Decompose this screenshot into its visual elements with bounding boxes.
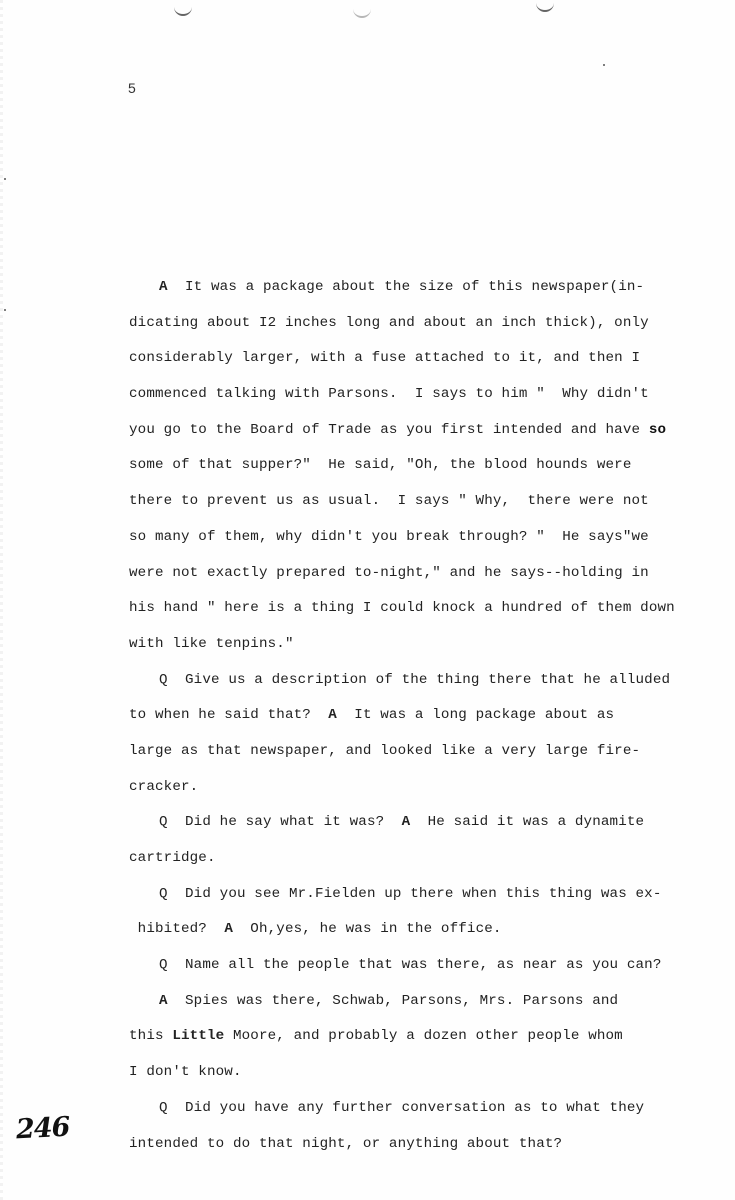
transcript-line: hibited? A Oh,yes, he was in the office. [129, 912, 729, 948]
line-text: Did you see Mr.Fielden up there when thi… [168, 886, 662, 902]
line-text: Did he say what it was? [168, 814, 402, 830]
scan-speck [4, 178, 6, 180]
line-text: I don't know. [129, 1064, 242, 1080]
transcript-line: Q Did he say what it was? A He said it w… [129, 805, 729, 841]
transcript-line: cracker. [129, 770, 729, 806]
line-text: Did you have any further conversation as… [168, 1100, 645, 1116]
document-page: 5 A It was a package about the size of t… [0, 0, 735, 1200]
transcript-line: I don't know. [129, 1055, 729, 1091]
scan-speck [4, 309, 6, 311]
line-text: intended to do that night, or anything a… [129, 1136, 562, 1152]
line-text: considerably larger, with a fuse attache… [129, 350, 640, 366]
transcript-line: Q Name all the people that was there, as… [129, 948, 729, 984]
line-text: with like tenpins." [129, 636, 294, 652]
speaker-label: A [159, 993, 168, 1009]
transcript-body: A It was a package about the size of thi… [129, 270, 729, 1162]
line-text: Name all the people that was there, as n… [168, 957, 662, 973]
speaker-label: Q [159, 886, 168, 902]
speaker-label: A [402, 814, 411, 830]
line-text: were not exactly prepared to-night," and… [129, 565, 649, 581]
punch-hole-mark [174, 0, 192, 16]
transcript-line: there to prevent us as usual. I says " W… [129, 484, 729, 520]
punch-hole-mark [353, 0, 371, 18]
line-text: hibited? [129, 921, 224, 937]
line-text: Moore, and probably a dozen other people… [224, 1028, 623, 1044]
line-text: It was a package about the size of this … [168, 279, 645, 295]
line-text: cracker. [129, 779, 198, 795]
line-text: large as that newspaper, and looked like… [129, 743, 640, 759]
line-text: cartridge. [129, 850, 216, 866]
scan-edge [0, 0, 3, 1200]
transcript-line: Q Did you have any further conversation … [129, 1091, 729, 1127]
scan-speck [603, 64, 605, 66]
line-text: Give us a description of the thing there… [168, 672, 671, 688]
transcript-line: considerably larger, with a fuse attache… [129, 341, 729, 377]
line-text: this [129, 1028, 172, 1044]
transcript-line: so many of them, why didn't you break th… [129, 520, 729, 556]
transcript-line: some of that supper?" He said, "Oh, the … [129, 448, 729, 484]
speaker-label: Q [159, 957, 168, 973]
line-text: some of that supper?" He said, "Oh, the … [129, 457, 632, 473]
line-text: to when he said that? [129, 707, 328, 723]
overstrike-mark: so [649, 422, 666, 438]
line-text: It was a long package about as [337, 707, 614, 723]
line-text: dicating about I2 inches long and about … [129, 315, 649, 331]
transcript-line: you go to the Board of Trade as you firs… [129, 413, 729, 449]
transcript-line: commenced talking with Parsons. I says t… [129, 377, 729, 413]
transcript-line: large as that newspaper, and looked like… [129, 734, 729, 770]
line-text: Oh,yes, he was in the office. [233, 921, 502, 937]
line-text: his hand " here is a thing I could knock… [129, 600, 675, 616]
transcript-line: A It was a package about the size of thi… [129, 270, 729, 306]
line-text: Spies was there, Schwab, Parsons, Mrs. P… [168, 993, 619, 1009]
transcript-line: with like tenpins." [129, 627, 729, 663]
line-text: He said it was a dynamite [410, 814, 644, 830]
transcript-line: dicating about I2 inches long and about … [129, 306, 729, 342]
speaker-label: Q [159, 1100, 168, 1116]
speaker-label: A [224, 921, 233, 937]
page-number: 5 [128, 80, 136, 96]
emphasized-word: Little [172, 1028, 224, 1044]
speaker-label: Q [159, 814, 168, 830]
transcript-line: Q Give us a description of the thing the… [129, 663, 729, 699]
transcript-line: his hand " here is a thing I could knock… [129, 591, 729, 627]
speaker-label: A [159, 279, 168, 295]
line-text: you go to the Board of Trade as you firs… [129, 422, 649, 438]
transcript-line: were not exactly prepared to-night," and… [129, 556, 729, 592]
transcript-line: cartridge. [129, 841, 729, 877]
line-text: so many of them, why didn't you break th… [129, 529, 649, 545]
line-text: commenced talking with Parsons. I says t… [129, 386, 649, 402]
handwritten-page-annotation: 246 [15, 1112, 70, 1146]
transcript-line: this Little Moore, and probably a dozen … [129, 1019, 729, 1055]
punch-hole-mark [536, 0, 554, 12]
speaker-label: A [328, 707, 337, 723]
transcript-line: to when he said that? A It was a long pa… [129, 698, 729, 734]
line-text: there to prevent us as usual. I says " W… [129, 493, 649, 509]
speaker-label: Q [159, 672, 168, 688]
transcript-line: intended to do that night, or anything a… [129, 1127, 729, 1163]
transcript-line: Q Did you see Mr.Fielden up there when t… [129, 877, 729, 913]
transcript-line: A Spies was there, Schwab, Parsons, Mrs.… [129, 984, 729, 1020]
